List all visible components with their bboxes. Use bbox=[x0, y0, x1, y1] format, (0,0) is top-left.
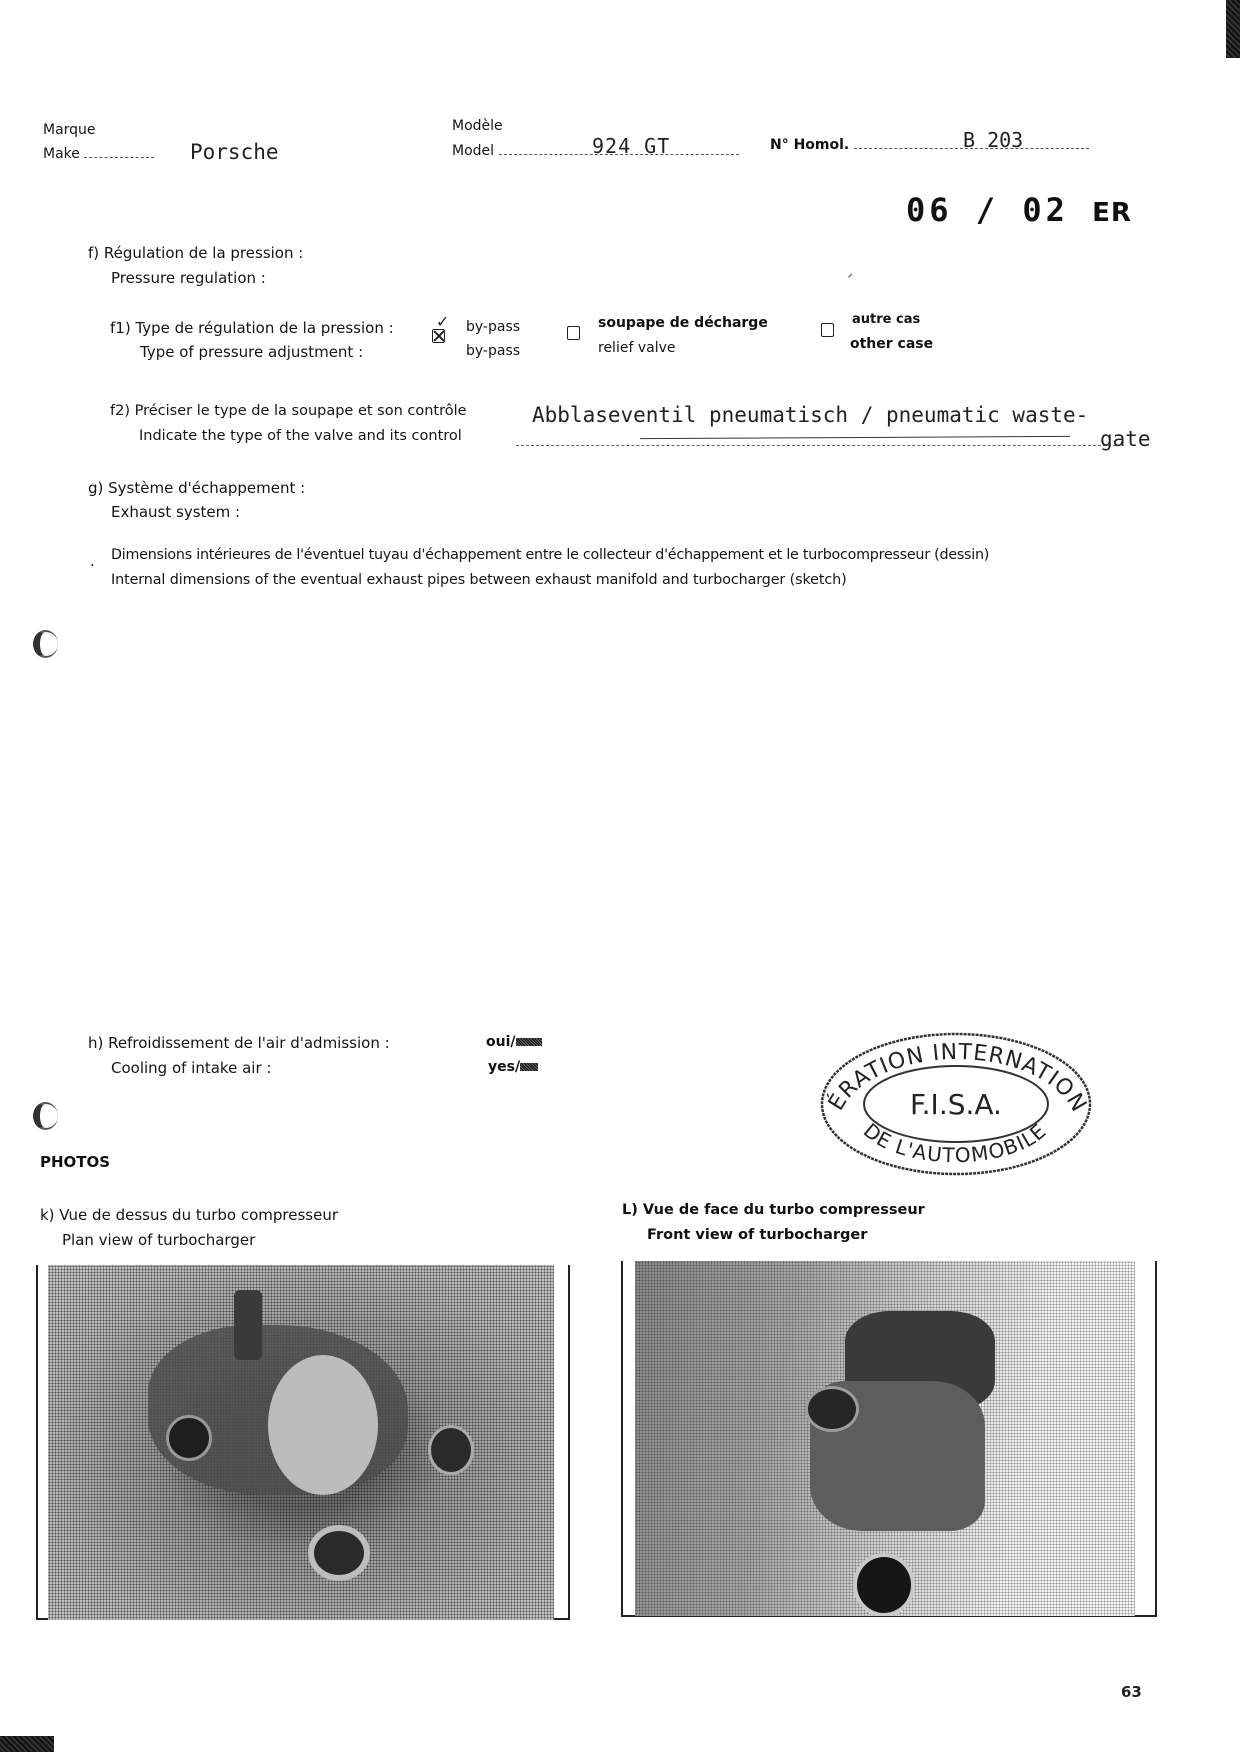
scan-edge-mark bbox=[0, 1736, 54, 1752]
scan-edge-mark bbox=[1226, 0, 1240, 58]
other-case-checkbox[interactable] bbox=[821, 323, 834, 337]
punch-hole-mark bbox=[33, 1102, 58, 1130]
f2-label-en: Indicate the type of the valve and its c… bbox=[139, 424, 462, 448]
exhaust-dims-en: Internal dimensions of the eventual exha… bbox=[111, 568, 847, 592]
struck-no-en: no bbox=[520, 1063, 538, 1071]
section-g-bullet: . bbox=[90, 549, 95, 573]
option-bypass-fr: by-pass bbox=[466, 315, 520, 339]
option-other-fr: autre cas bbox=[852, 308, 920, 332]
relief-valve-checkbox[interactable] bbox=[567, 326, 580, 340]
turbo-housing-highlight bbox=[268, 1355, 378, 1495]
photo-l-label-en: Front view of turbocharger bbox=[647, 1223, 867, 1247]
f2-answer-line1: Abblaseventil pneumatisch / pneumatic wa… bbox=[532, 403, 1088, 427]
option-other-en: other case bbox=[850, 332, 933, 356]
make-label-fr: Marque bbox=[43, 118, 96, 142]
photo-k-frame bbox=[36, 1265, 570, 1620]
section-f-title-en: Pressure regulation : bbox=[111, 266, 266, 290]
section-f-title-fr: f) Régulation de la pression : bbox=[88, 241, 303, 265]
stray-mark bbox=[848, 274, 853, 279]
model-label-fr: Modèle bbox=[452, 114, 503, 138]
section-g-title-en: Exhaust system : bbox=[111, 500, 240, 524]
option-relief-fr: soupape de décharge bbox=[598, 311, 768, 335]
f2-answer-line bbox=[516, 445, 1116, 446]
turbocharger-plan-view-photo bbox=[48, 1265, 554, 1620]
photo-l-label-fr: L) Vue de face du turbo compresseur bbox=[622, 1198, 925, 1222]
homol-label-text: N° Homol. bbox=[770, 137, 849, 153]
make-underline bbox=[84, 156, 154, 158]
make-label-en: Make bbox=[43, 142, 154, 166]
bypass-checkbox[interactable] bbox=[432, 329, 445, 343]
option-bypass-en: by-pass bbox=[466, 339, 520, 363]
answer-yes-fr: oui/ bbox=[486, 1034, 516, 1050]
section-h-title-fr: h) Refroidissement de l'air d'admission … bbox=[88, 1031, 390, 1055]
page-number: 63 bbox=[1121, 1683, 1142, 1701]
page-reference: 06 / 02 bbox=[906, 191, 1069, 229]
f2-label-fr: f2) Préciser le type de la soupape et so… bbox=[110, 399, 467, 423]
page-reference-stamp: 06 / 02 ER bbox=[906, 191, 1132, 229]
homol-label: N° Homol. bbox=[770, 133, 1089, 157]
model-label-en-text: Model bbox=[452, 143, 494, 159]
turbocharger-front-view-photo bbox=[635, 1261, 1135, 1616]
homol-value: B 203 bbox=[963, 128, 1023, 152]
checkmark-icon: ✓ bbox=[436, 312, 449, 331]
turbo-left-port bbox=[166, 1415, 212, 1461]
photo-l-frame bbox=[621, 1261, 1157, 1617]
f2-answer-line2: gate bbox=[1100, 427, 1151, 451]
turbo-left-outlet bbox=[805, 1386, 859, 1432]
intake-cooling-answer-en: yes/no bbox=[488, 1055, 538, 1079]
f2-answer-line-solid bbox=[640, 436, 1070, 439]
make-value: Porsche bbox=[190, 140, 279, 164]
photos-heading: PHOTOS bbox=[40, 1150, 110, 1174]
turbo-right-port bbox=[428, 1425, 474, 1475]
photo-k-label-en: Plan view of turbocharger bbox=[62, 1228, 255, 1252]
turbo-bottom-port bbox=[308, 1525, 370, 1581]
make-label-en-text: Make bbox=[43, 146, 80, 162]
fisa-stamp: FÉDÉRATION INTERNATIONALE F.I.S.A. DE L'… bbox=[818, 1028, 1094, 1176]
exhaust-dims-fr: Dimensions intérieures de l'éventuel tuy… bbox=[111, 543, 989, 567]
photo-k-label-fr: k) Vue de dessus du turbo compresseur bbox=[40, 1203, 338, 1227]
section-h-title-en: Cooling of intake air : bbox=[111, 1056, 271, 1080]
answer-yes-en: yes/ bbox=[488, 1059, 520, 1075]
f1-label-en: Type of pressure adjustment : bbox=[140, 340, 363, 364]
page-reference-suffix: ER bbox=[1092, 198, 1132, 228]
model-value: 924 GT bbox=[592, 134, 670, 158]
intake-cooling-answer-fr: oui/non bbox=[486, 1030, 542, 1054]
struck-no-fr: non bbox=[516, 1038, 542, 1046]
f1-label-fr: f1) Type de régulation de la pression : bbox=[110, 316, 394, 340]
turbo-actuator bbox=[234, 1290, 262, 1360]
turbo-front-port bbox=[853, 1553, 915, 1616]
punch-hole-mark bbox=[33, 630, 58, 658]
sketch-area bbox=[100, 600, 1140, 1000]
stamp-inner-text: F.I.S.A. bbox=[910, 1088, 1002, 1121]
option-relief-en: relief valve bbox=[598, 336, 676, 360]
section-g-title-fr: g) Système d'échappement : bbox=[88, 476, 305, 500]
